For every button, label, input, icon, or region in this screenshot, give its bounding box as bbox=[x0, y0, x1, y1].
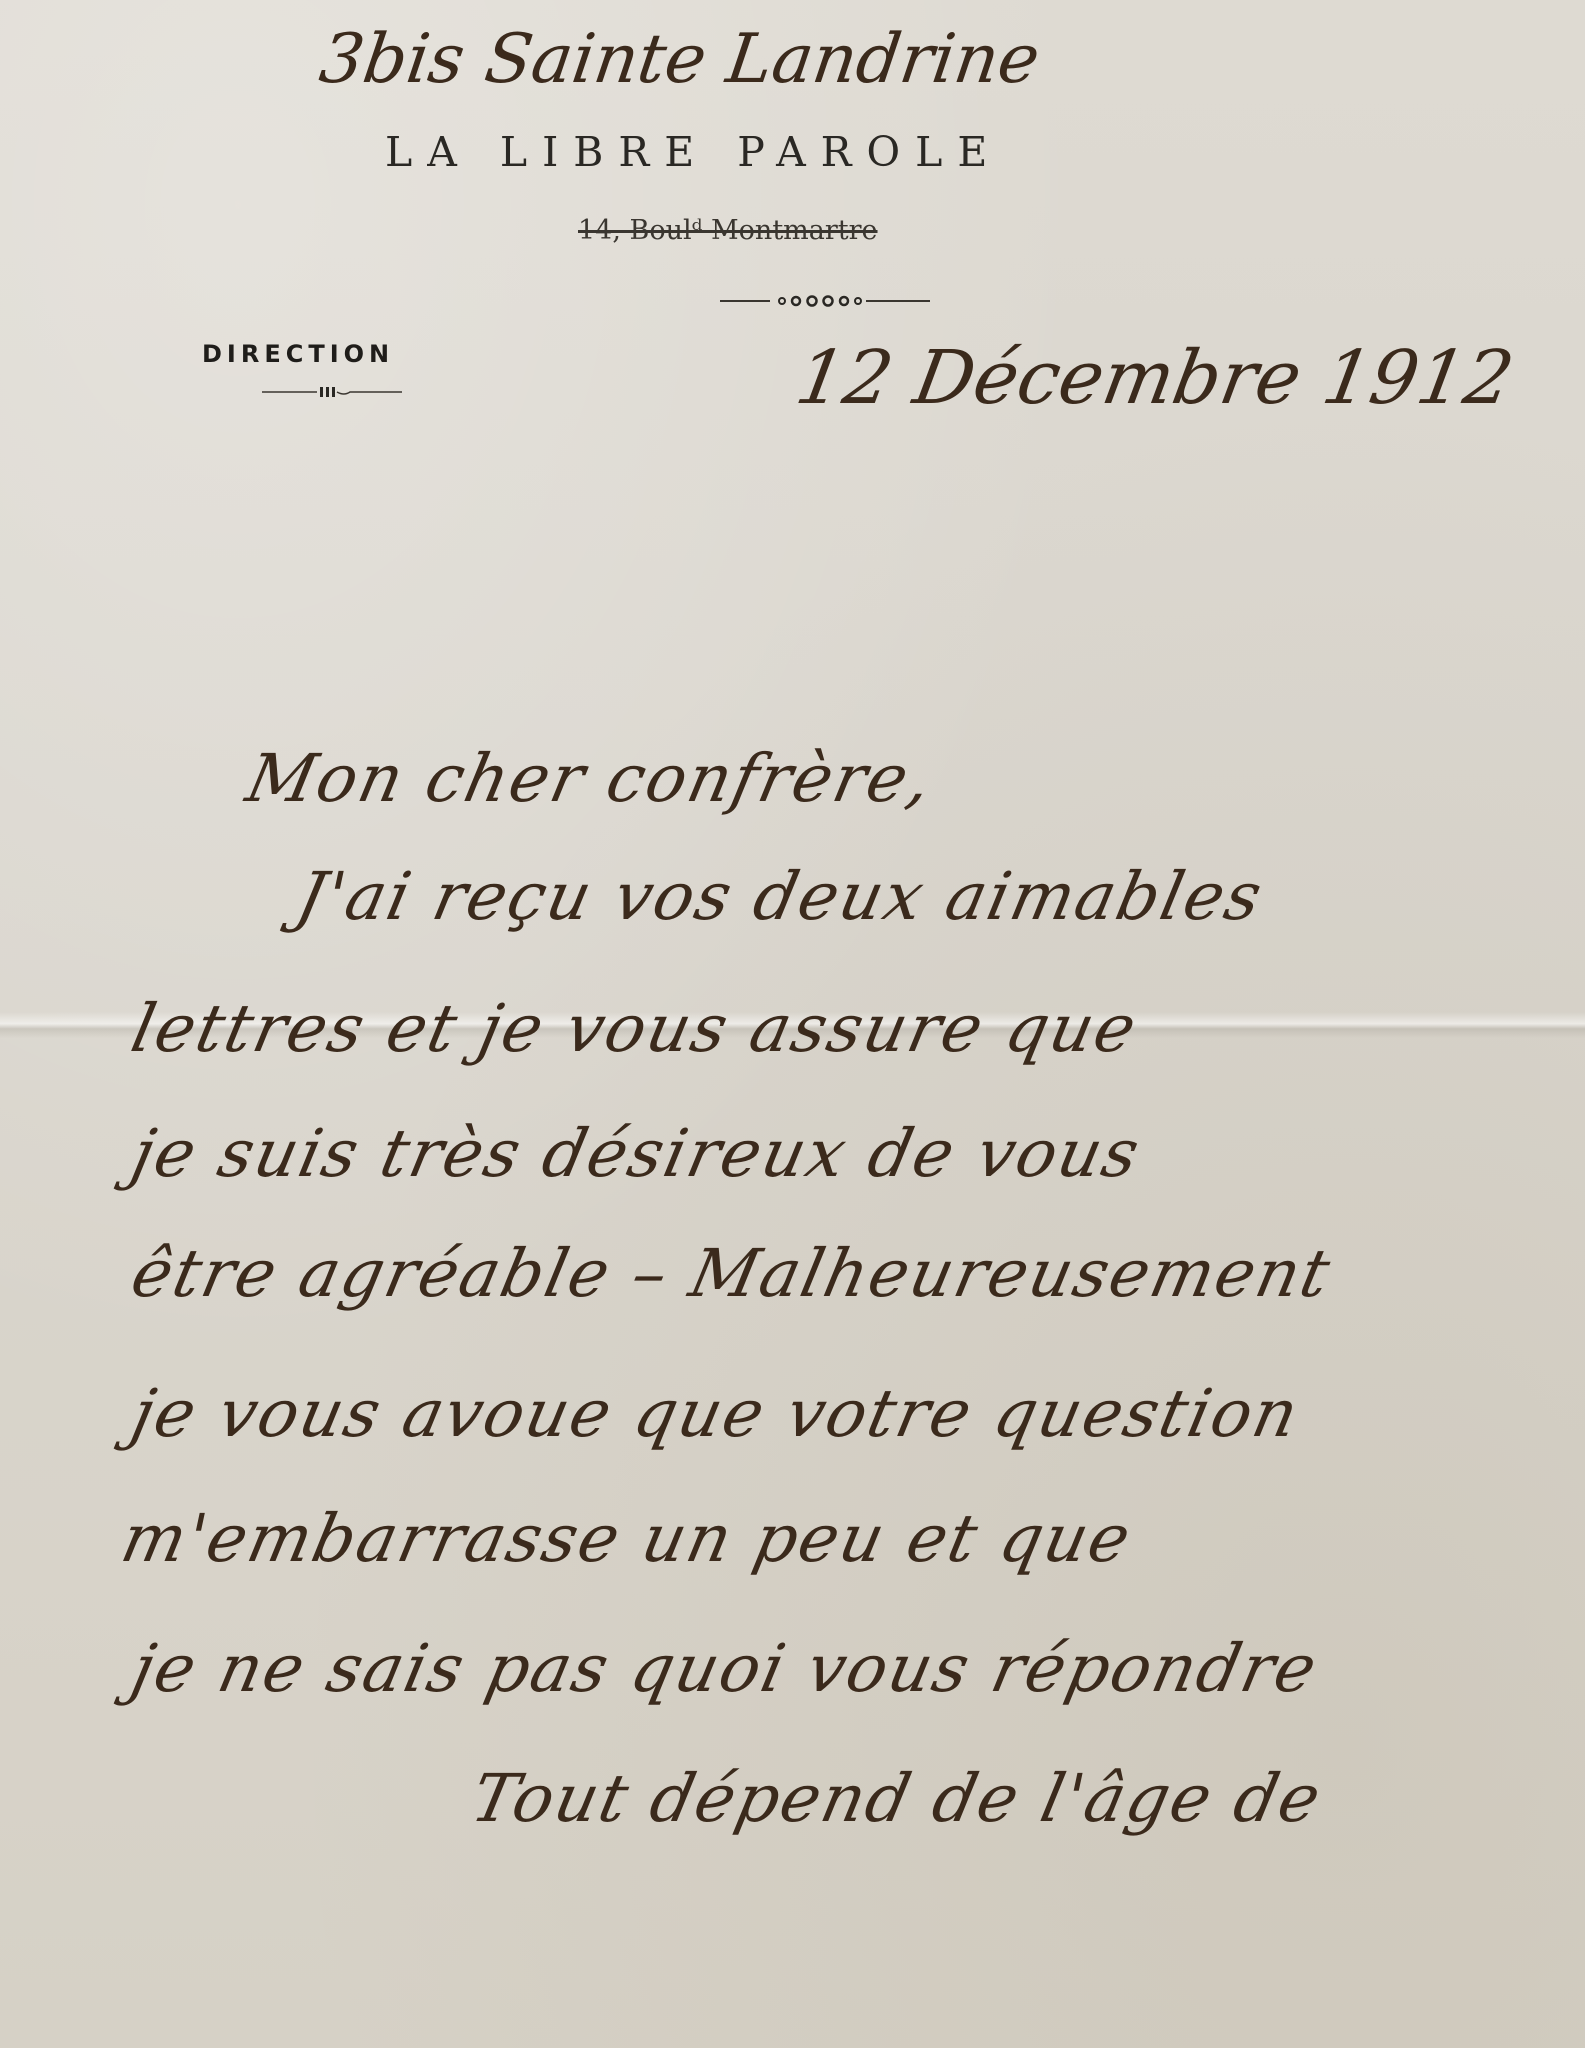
letterhead-address-struck: 14, Boulᵈ Montmartre bbox=[578, 215, 878, 246]
letter-body-line: lettres et je vous assure que bbox=[125, 990, 1144, 1067]
ornament-rule-small-icon bbox=[262, 386, 402, 398]
letter-salutation: Mon cher confrère, bbox=[240, 740, 940, 817]
letter-body-line: je vous avoue que votre question bbox=[125, 1375, 1307, 1452]
letter-body-line: être agréable – Malheureusement bbox=[125, 1235, 1338, 1312]
letter-body-line: J'ai reçu vos deux aimables bbox=[290, 858, 1270, 935]
letterhead-department: DIRECTION bbox=[202, 340, 394, 368]
letter-body-line: Tout dépend de l'âge de bbox=[465, 1760, 1329, 1837]
letter-body-line: je suis très désireux de vous bbox=[125, 1115, 1147, 1192]
letter-page: 3bis Sainte Landrine LA LIBRE PAROLE 14,… bbox=[0, 0, 1585, 2048]
letter-body-line: je ne sais pas quoi vous répondre bbox=[125, 1630, 1325, 1707]
letter-body-line: m'embarrasse un peu et que bbox=[115, 1500, 1139, 1577]
letterhead-title: LA LIBRE PAROLE bbox=[385, 128, 1002, 176]
handwritten-address-annotation: 3bis Sainte Landrine bbox=[315, 20, 1044, 99]
letter-date: 12 Décembre 1912 bbox=[790, 335, 1520, 421]
ornament-rule-icon bbox=[720, 295, 930, 307]
